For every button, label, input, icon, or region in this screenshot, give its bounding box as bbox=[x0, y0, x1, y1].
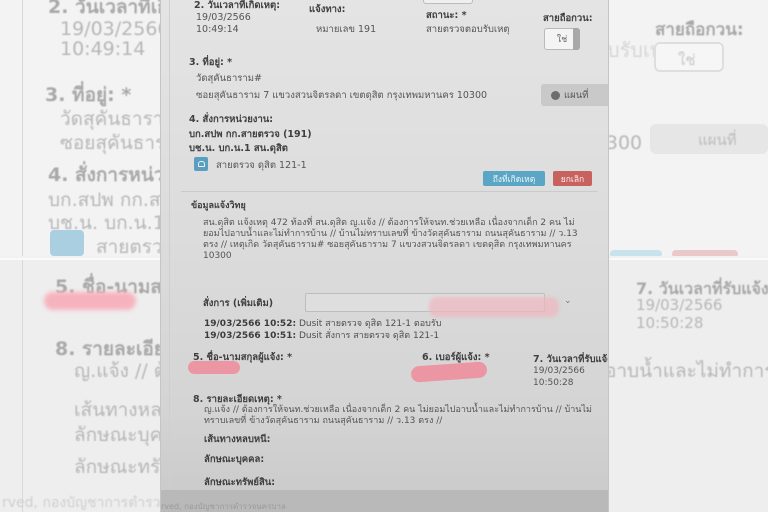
address-line1: วัดสุคันธาราม# bbox=[196, 71, 262, 86]
patrol-car-icon bbox=[194, 157, 208, 171]
radio-info-title: ข้อมูลแจ้งวิทยุ bbox=[191, 198, 246, 212]
map-button[interactable]: แผนที่ bbox=[541, 84, 608, 106]
dispatch-line1: บก.สปพ กก.สายตรวจ (191) bbox=[189, 127, 312, 142]
incident-time: 10:49:14 bbox=[196, 24, 239, 35]
status-value: สายตรวจตอบรับเหตุ bbox=[426, 22, 510, 37]
dispatch-line2: บช.น. บก.น.1 สน.ดุสิต bbox=[189, 141, 288, 156]
address-line2: ซอยสุคันธาราม 7 แขวงสวนจิตรลดา เขตดุสิต … bbox=[196, 88, 487, 103]
address-label: 3. ที่อยู่: * bbox=[189, 55, 232, 70]
bg-incident-time: 10:49:14 bbox=[60, 38, 145, 60]
incident-detail-text: ญ.แจ้ง // ต้องการให้จนท.ช่วยเหลือ เนื่อง… bbox=[204, 405, 594, 427]
property-desc-label: ลักษณะทรัพย์สิน: bbox=[204, 475, 275, 490]
escape-route-label: เส้นทางหลบหนี: bbox=[204, 432, 270, 447]
received-date: 19/03/2566 bbox=[533, 366, 585, 376]
top-input-field[interactable] bbox=[423, 0, 473, 4]
incident-date: 19/03/2566 bbox=[196, 12, 251, 23]
bg-line-busy-toggle: ใช่ bbox=[654, 42, 724, 72]
bg-received-time: 10:50:28 bbox=[636, 314, 703, 332]
patrol-unit: สายตรวจ ดุสิต 121-1 bbox=[216, 158, 307, 173]
footer-copyright: rved, กองบัญชาการตำรวจนครบาล bbox=[161, 500, 286, 512]
cancel-dispatch-button[interactable]: ยกเลิก bbox=[553, 171, 592, 186]
arrived-at-scene-button[interactable]: ถึงที่เกิดเหตุ bbox=[483, 171, 545, 186]
dispatch-label: 4. สั่งการหน่วยงาน: bbox=[189, 112, 273, 127]
received-time: 10:50:28 bbox=[533, 378, 573, 388]
bg-patrol-car-icon bbox=[50, 230, 84, 256]
status-label: สถานะ: * bbox=[426, 8, 467, 23]
received-datetime-label: 7. วันเวลาที่รับแจ้ง: bbox=[533, 352, 608, 367]
order-log-entry: 19/03/2566 10:51: Dusit สั่งการ สายตรวจ … bbox=[204, 328, 439, 342]
incident-form-panel: 2. วันเวลาที่เกิดเหตุ: 19/03/2566 10:49:… bbox=[161, 0, 608, 512]
additional-order-label: สั่งการ (เพิ่มเติม) bbox=[203, 296, 273, 311]
reporter-name-redacted bbox=[188, 361, 240, 374]
reported-by-value: หมายเลข 191 bbox=[316, 22, 376, 37]
globe-icon bbox=[551, 91, 560, 100]
chevron-down-icon[interactable]: ⌄ bbox=[564, 296, 572, 306]
bg-received-date: 19/03/2566 bbox=[636, 296, 722, 314]
line-busy-toggle[interactable]: ใช่ bbox=[544, 28, 580, 50]
redaction-mark bbox=[429, 297, 559, 317]
bg-line-busy-label: สายถือกวน: bbox=[655, 16, 744, 43]
bg-map-button: แผนที่ bbox=[650, 124, 768, 154]
bg-redaction bbox=[44, 292, 136, 310]
person-desc-label: ลักษณะบุคคล: bbox=[204, 452, 264, 467]
line-busy-label: สายถือกวน: bbox=[543, 11, 593, 26]
bg-incident-date: 19/03/2566 bbox=[60, 18, 170, 40]
reported-by-label: แจ้งทาง: bbox=[309, 2, 345, 17]
radio-info-text: สน.ดุสิต แจ้งเหตุ 472 ท้องที่ สน.ดุสิต ญ… bbox=[203, 218, 583, 262]
